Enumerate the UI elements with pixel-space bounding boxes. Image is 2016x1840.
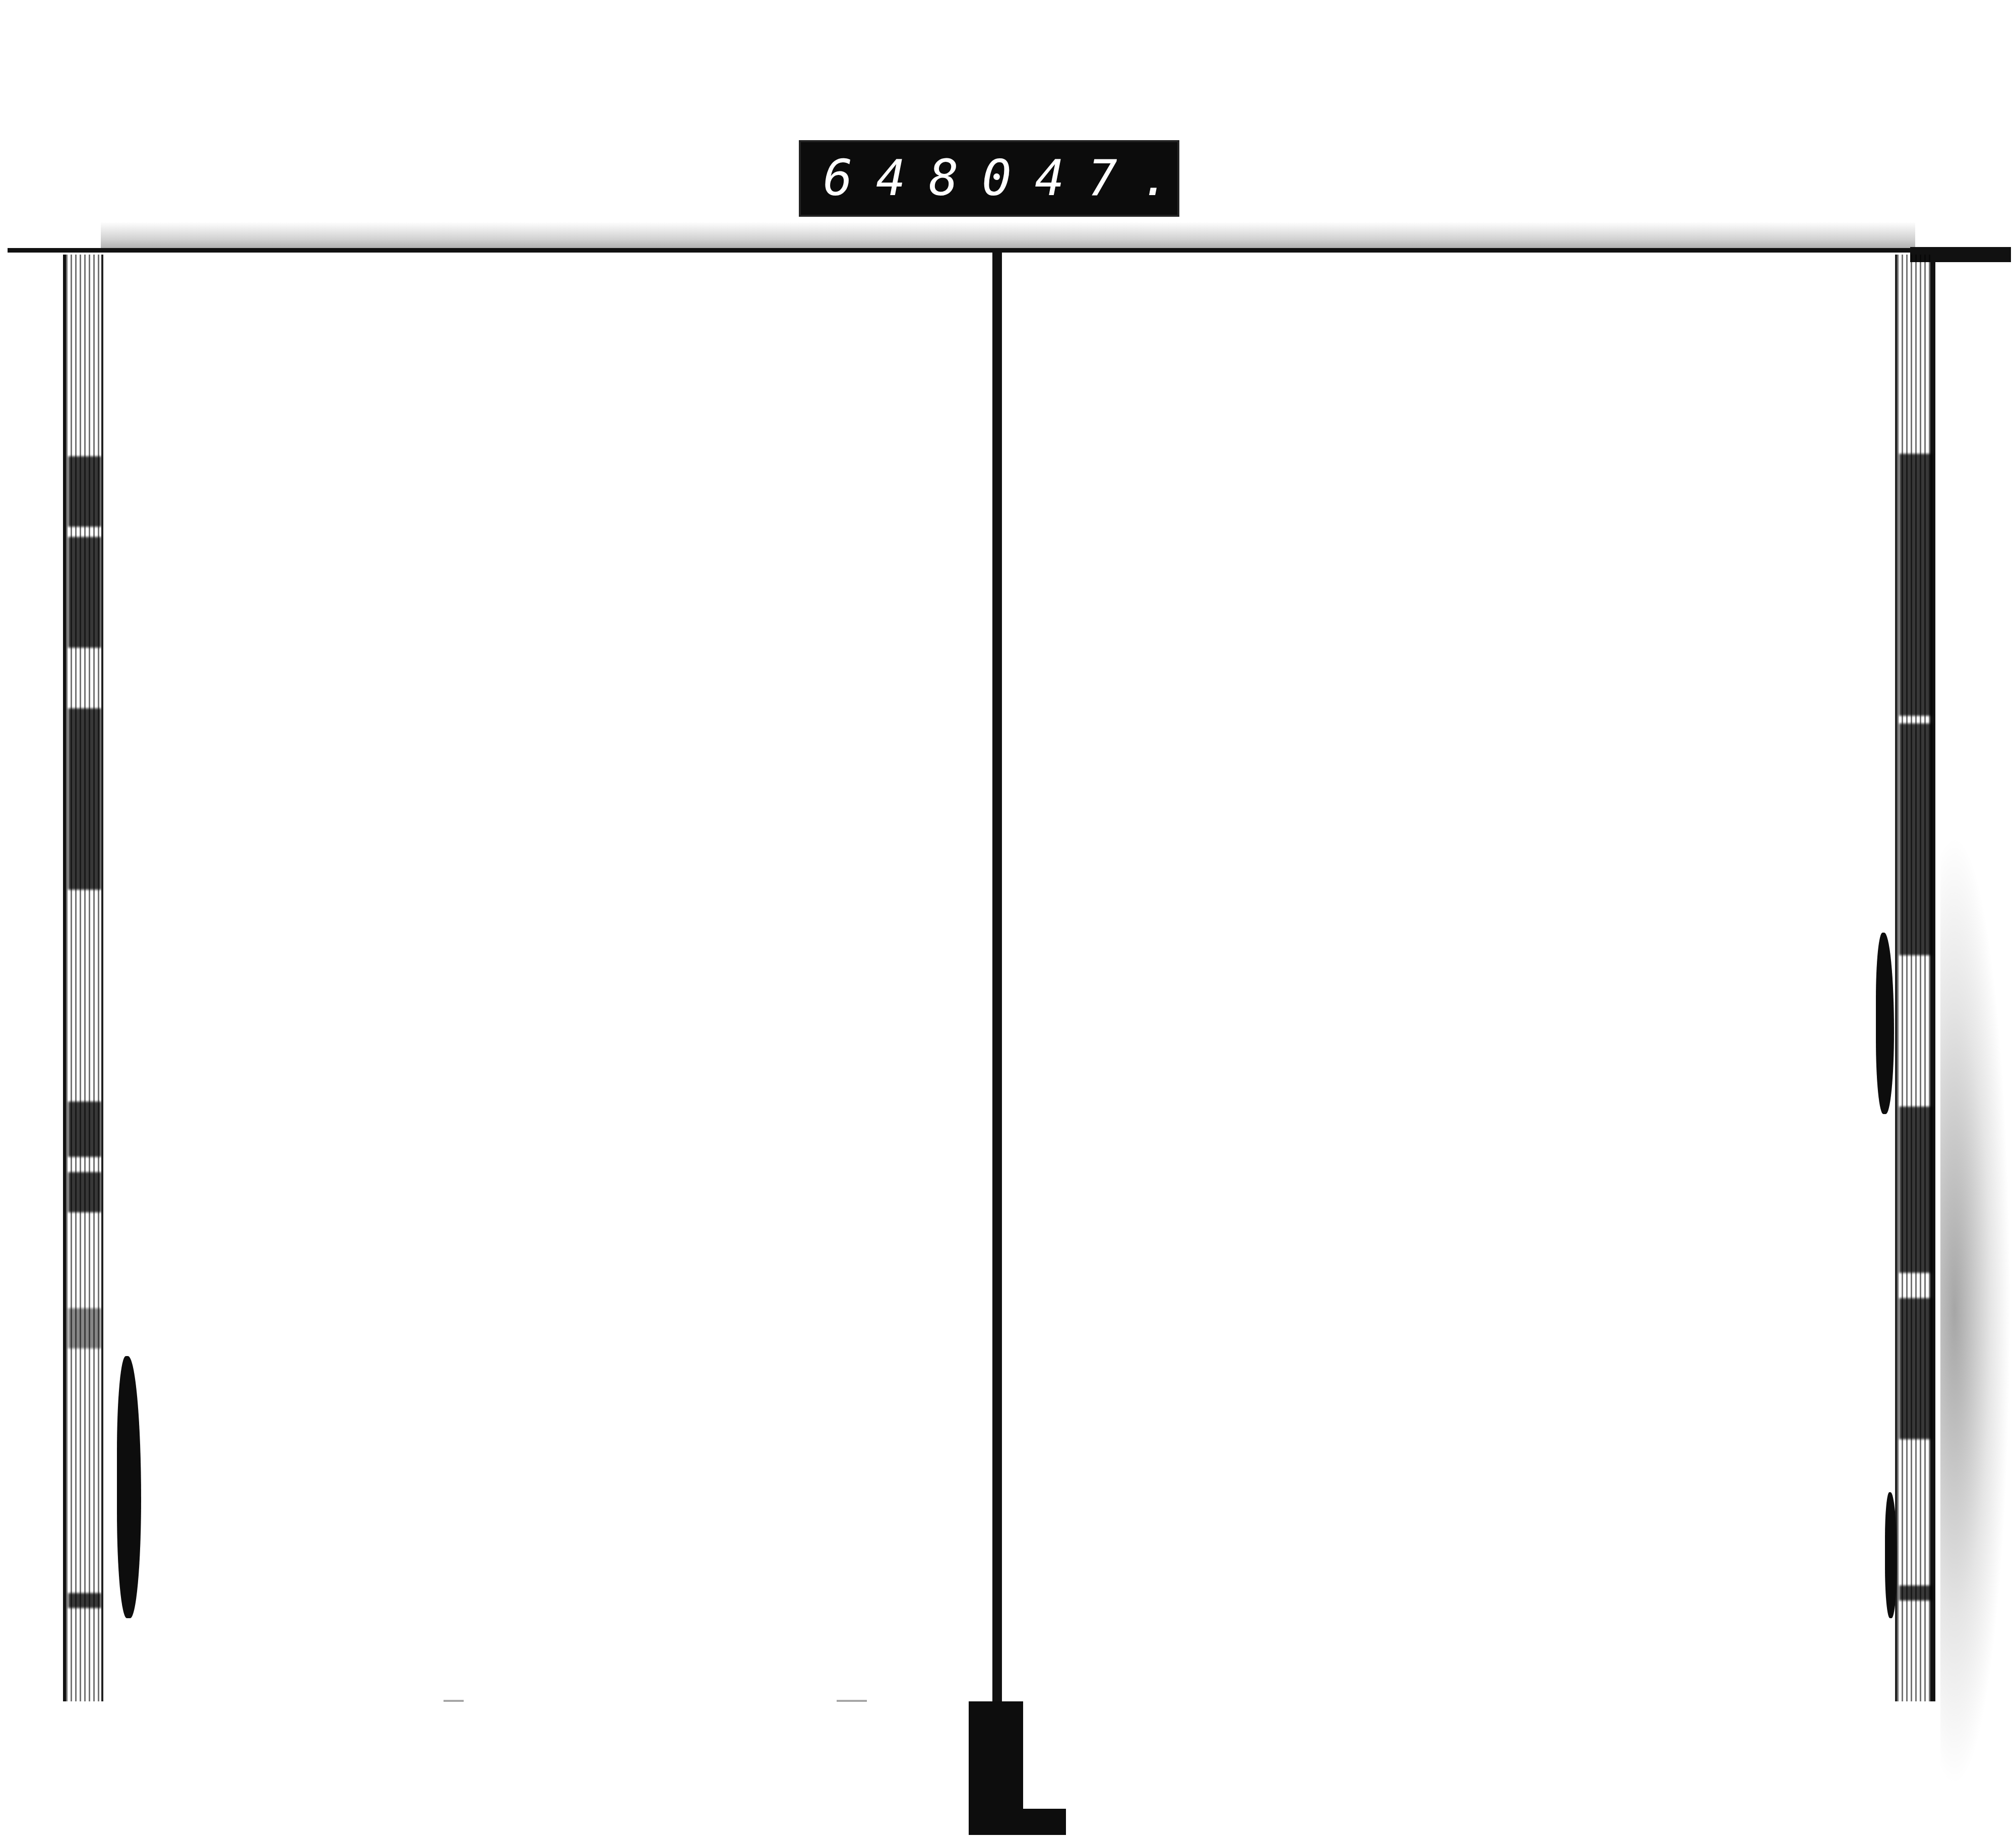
center-spine bbox=[992, 250, 1002, 1701]
edge-ink-mark bbox=[1899, 454, 1932, 716]
frame-counter: 648 047. bbox=[799, 140, 1179, 217]
edge-ink-mark bbox=[68, 708, 101, 890]
edge-ink-mark bbox=[1899, 723, 1932, 955]
edge-ink-mark bbox=[68, 456, 101, 527]
right-page bbox=[1003, 252, 1893, 1699]
edge-ink-mark bbox=[68, 1308, 101, 1348]
edge-ink-mark bbox=[68, 1593, 101, 1608]
right-edge-shadow bbox=[1940, 832, 2011, 1790]
edge-ink-mark bbox=[68, 537, 101, 648]
edge-ink-mark bbox=[1899, 1298, 1932, 1439]
edge-ink-mark bbox=[68, 1172, 101, 1212]
edge-ink-mark bbox=[1899, 1585, 1932, 1601]
bottom-speck bbox=[837, 1700, 867, 1702]
frame-counter-right: 047. bbox=[982, 154, 1193, 203]
binding-shadow bbox=[101, 222, 1915, 251]
spine-clamp bbox=[969, 1701, 1023, 1835]
left-page-edge bbox=[63, 255, 103, 1701]
left-page bbox=[103, 252, 990, 1699]
right-page-edge bbox=[1895, 255, 1935, 1701]
edge-ink-mark bbox=[1899, 1107, 1932, 1273]
bottom-speck bbox=[444, 1700, 464, 1702]
spine-clamp-step bbox=[1023, 1809, 1066, 1835]
frame-counter-left: 648 bbox=[823, 154, 982, 203]
edge-ink-mark bbox=[68, 1101, 101, 1157]
